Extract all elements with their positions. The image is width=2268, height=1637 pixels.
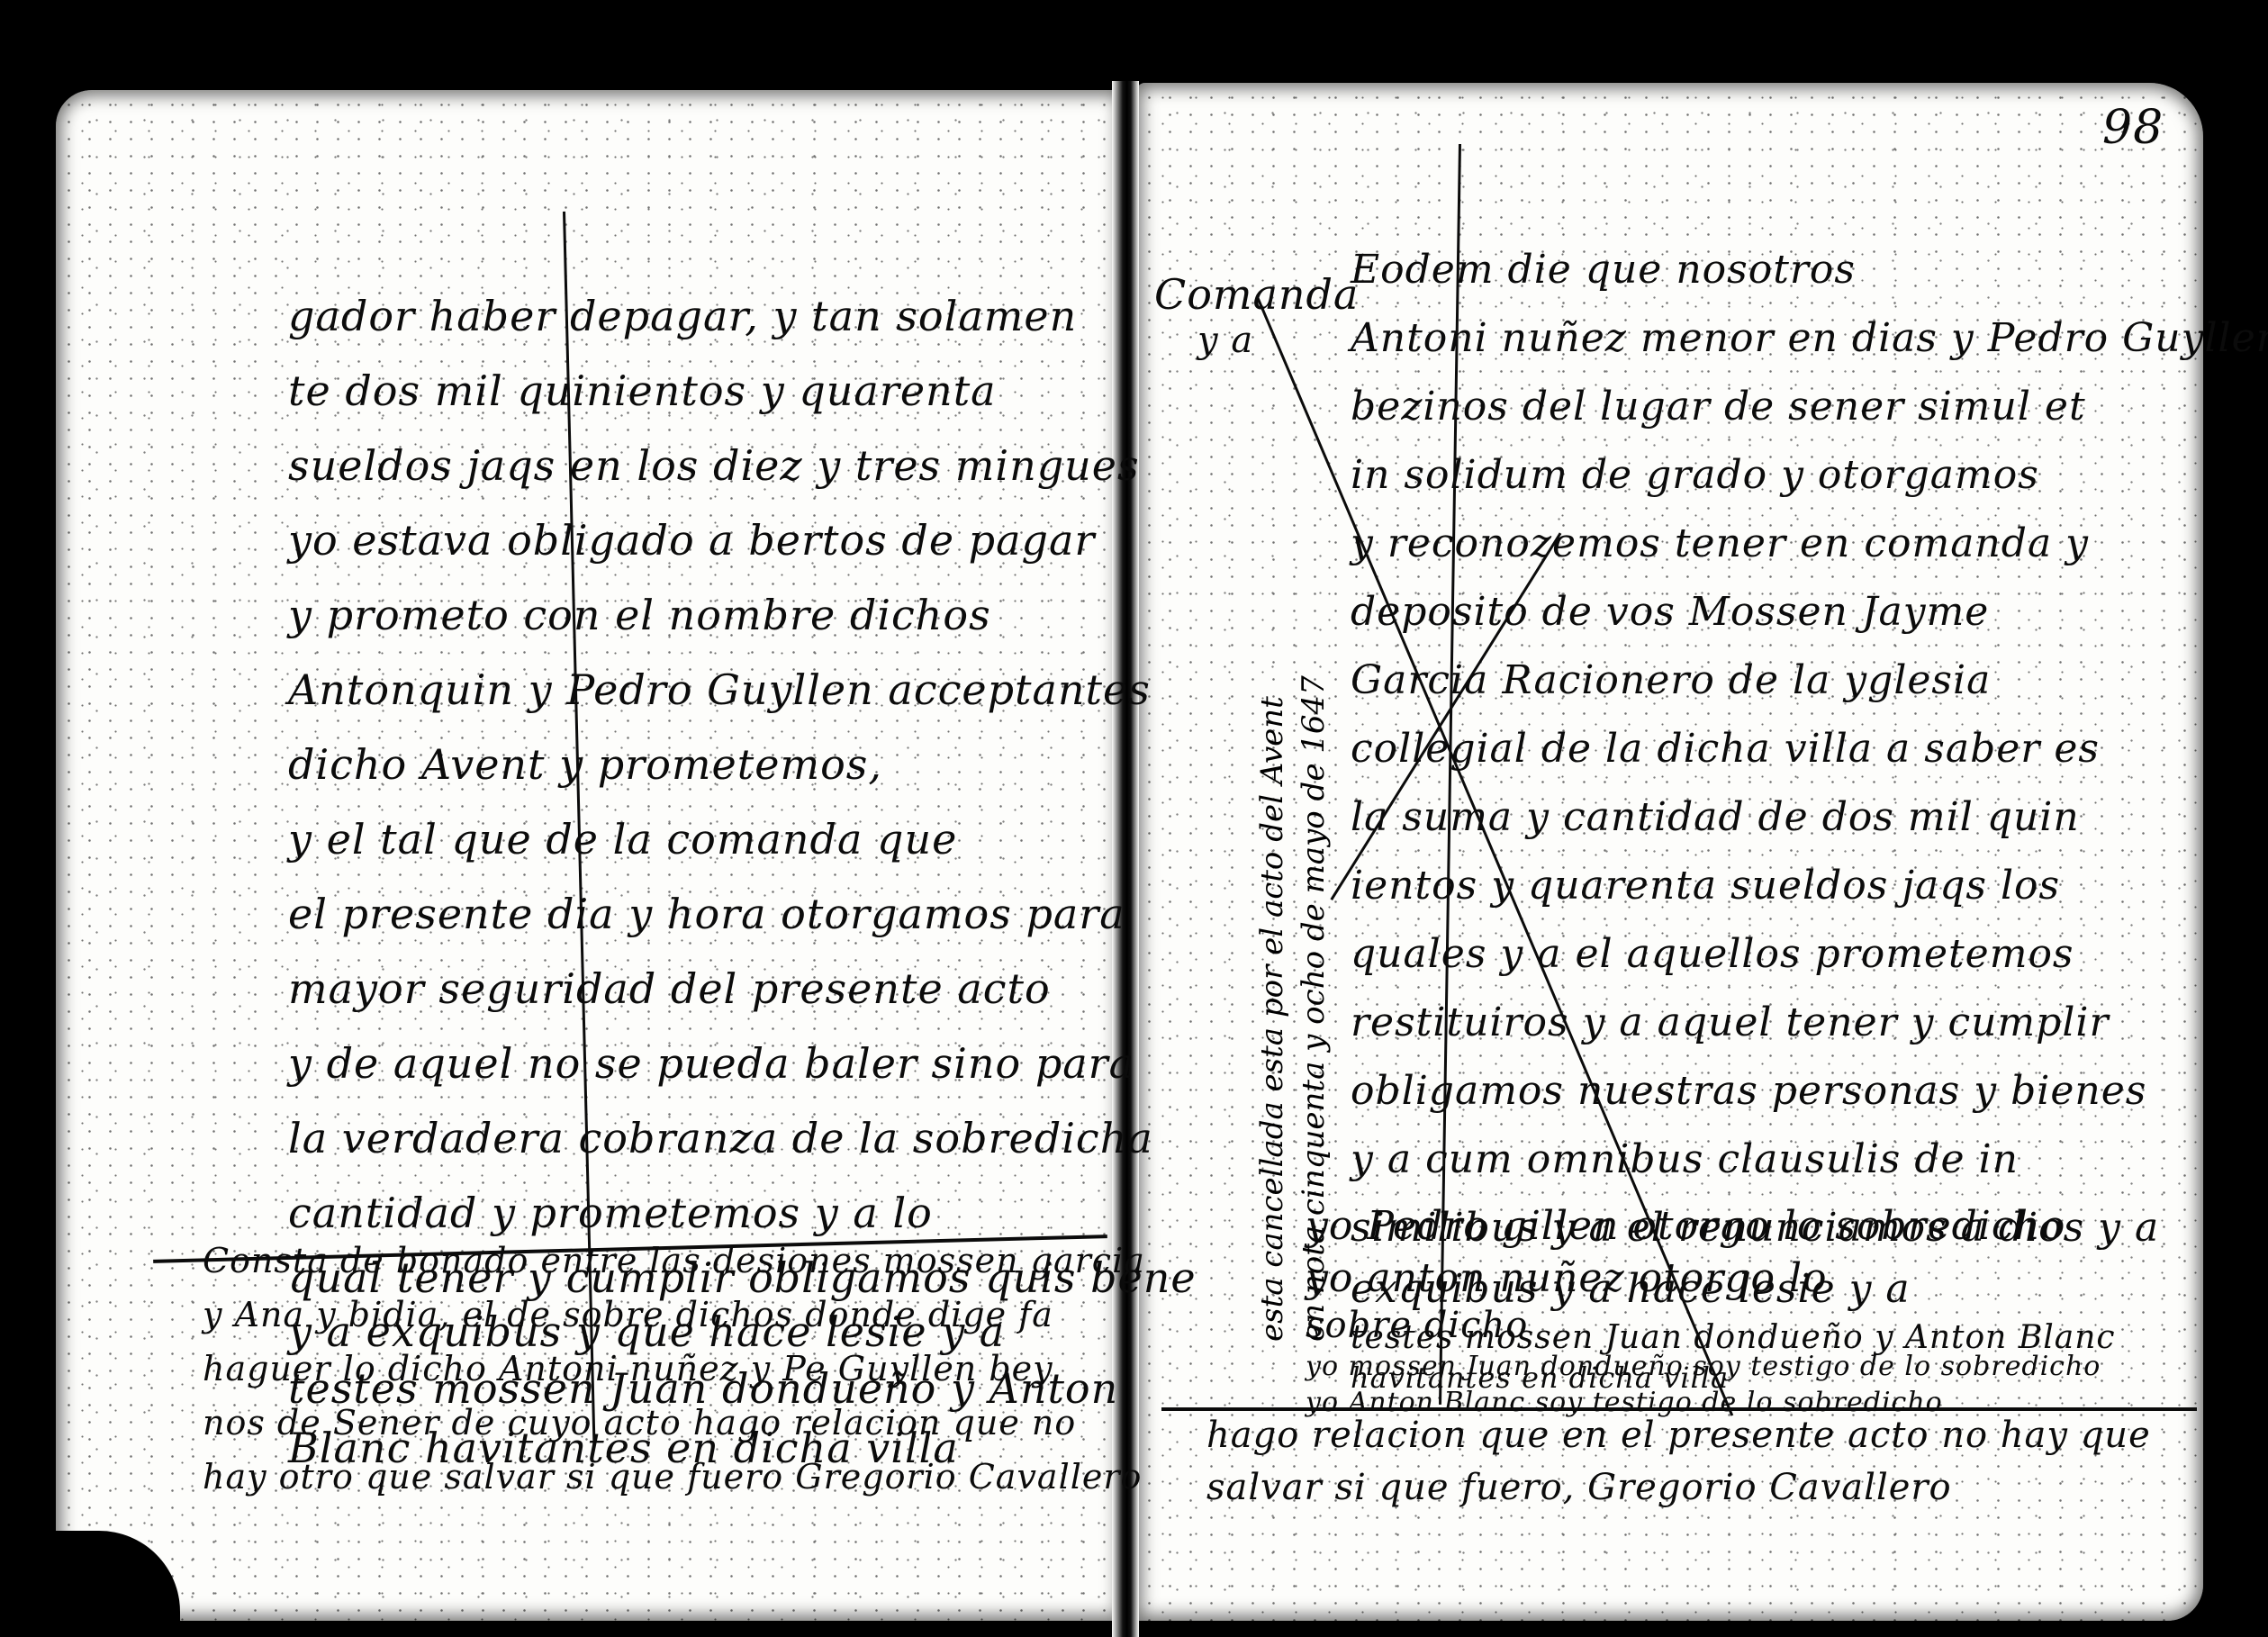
signature-line: yo mossen Juan dondueño soy testigo de l… [1306, 1349, 2101, 1385]
left-page-bottom-note: Consta de bonado entre las desiones moss… [203, 1234, 1145, 1504]
margin-heading: Comanda [1154, 270, 1359, 319]
text-line: hago relacion que en el presente acto no… [1206, 1409, 2151, 1461]
text-line: ientos y quarenta sueldos jaqs los [1351, 852, 2268, 920]
margin-mark: y a [1197, 320, 1253, 361]
text-line: salvar si que fuero, Gregorio Cavallero [1206, 1461, 2151, 1514]
text-line: in solidum de grado y otorgamos [1351, 441, 2268, 510]
signature-line: sobre dicho [1306, 1302, 2101, 1349]
text-line: restituiros y a aquel tener y cumplir [1351, 989, 2268, 1057]
text-line: bezinos del lugar de sener simul et [1351, 373, 2268, 441]
text-line: la verdadera cobranza de la sobredicha [288, 1101, 1197, 1176]
text-line: dicho Avent y prometemos, [288, 728, 1197, 802]
text-line: obligamos nuestras personas y bienes [1351, 1057, 2268, 1126]
text-line: y de aquel no se pueda baler sino para [288, 1027, 1197, 1101]
signature-line: yo anton nuñez otorgo lo [1306, 1255, 2101, 1302]
text-line: te dos mil quinientos y quarenta [288, 354, 1197, 429]
text-line: esta cancellada esta por el acto del Ave… [1251, 675, 1293, 1342]
text-line: collegial de la dicha villa a saber es [1351, 715, 2268, 783]
text-line: sueldos jaqs en los diez y tres mingues [288, 429, 1197, 503]
text-line: y prometo con el nombre dichos [288, 578, 1197, 653]
text-line: yo estava obligado a bertos de pagar [288, 503, 1197, 578]
text-line: y el tal que de la comanda que [288, 802, 1197, 877]
text-line: Antonquin y Pedro Guyllen acceptantes [288, 653, 1197, 728]
scanned-page-spread: 98 gador haber depagar, y tan solamen te… [0, 0, 2268, 1637]
text-line: y a cum omnibus clausulis de in [1351, 1126, 2268, 1194]
text-line: y Ana y bidia, el de sobre dichos donde … [203, 1288, 1145, 1342]
text-line: haguer lo dicho Antoni nuñez y Pe Guylle… [203, 1342, 1145, 1396]
text-line: nos de Sener de cuyo acto hago relacion … [203, 1396, 1145, 1450]
text-line: deposito de vos Mossen Jayme [1351, 578, 2268, 647]
text-line: gador haber depagar, y tan solamen [288, 279, 1197, 354]
folio-number: 98 [2102, 101, 2164, 155]
text-line: el presente dia y hora otorgamos para [288, 877, 1197, 952]
text-line: Antoni nuñez menor en dias y Pedro Guyll… [1351, 304, 2268, 373]
text-line: Consta de bonado entre las desiones moss… [203, 1234, 1145, 1288]
right-page-signatures: yo Pedro gillen otorgo lo sobredicho yo … [1306, 1198, 2101, 1421]
text-line: y reconozemos tener en comanda y [1351, 510, 2268, 578]
signature-line: yo Pedro gillen otorgo lo sobredicho [1306, 1198, 2101, 1255]
right-page-bottom-note: hago relacion que en el presente acto no… [1206, 1409, 2151, 1514]
text-line: Garcia Racionero de la yglesia [1351, 647, 2268, 715]
text-line: mayor seguridad del presente acto [288, 952, 1197, 1027]
text-line: hay otro que salvar si que fuero Gregori… [203, 1450, 1145, 1504]
text-line: quales y a el aquellos prometemos [1351, 920, 2268, 989]
text-line: Eodem die que nosotros [1351, 236, 2268, 304]
